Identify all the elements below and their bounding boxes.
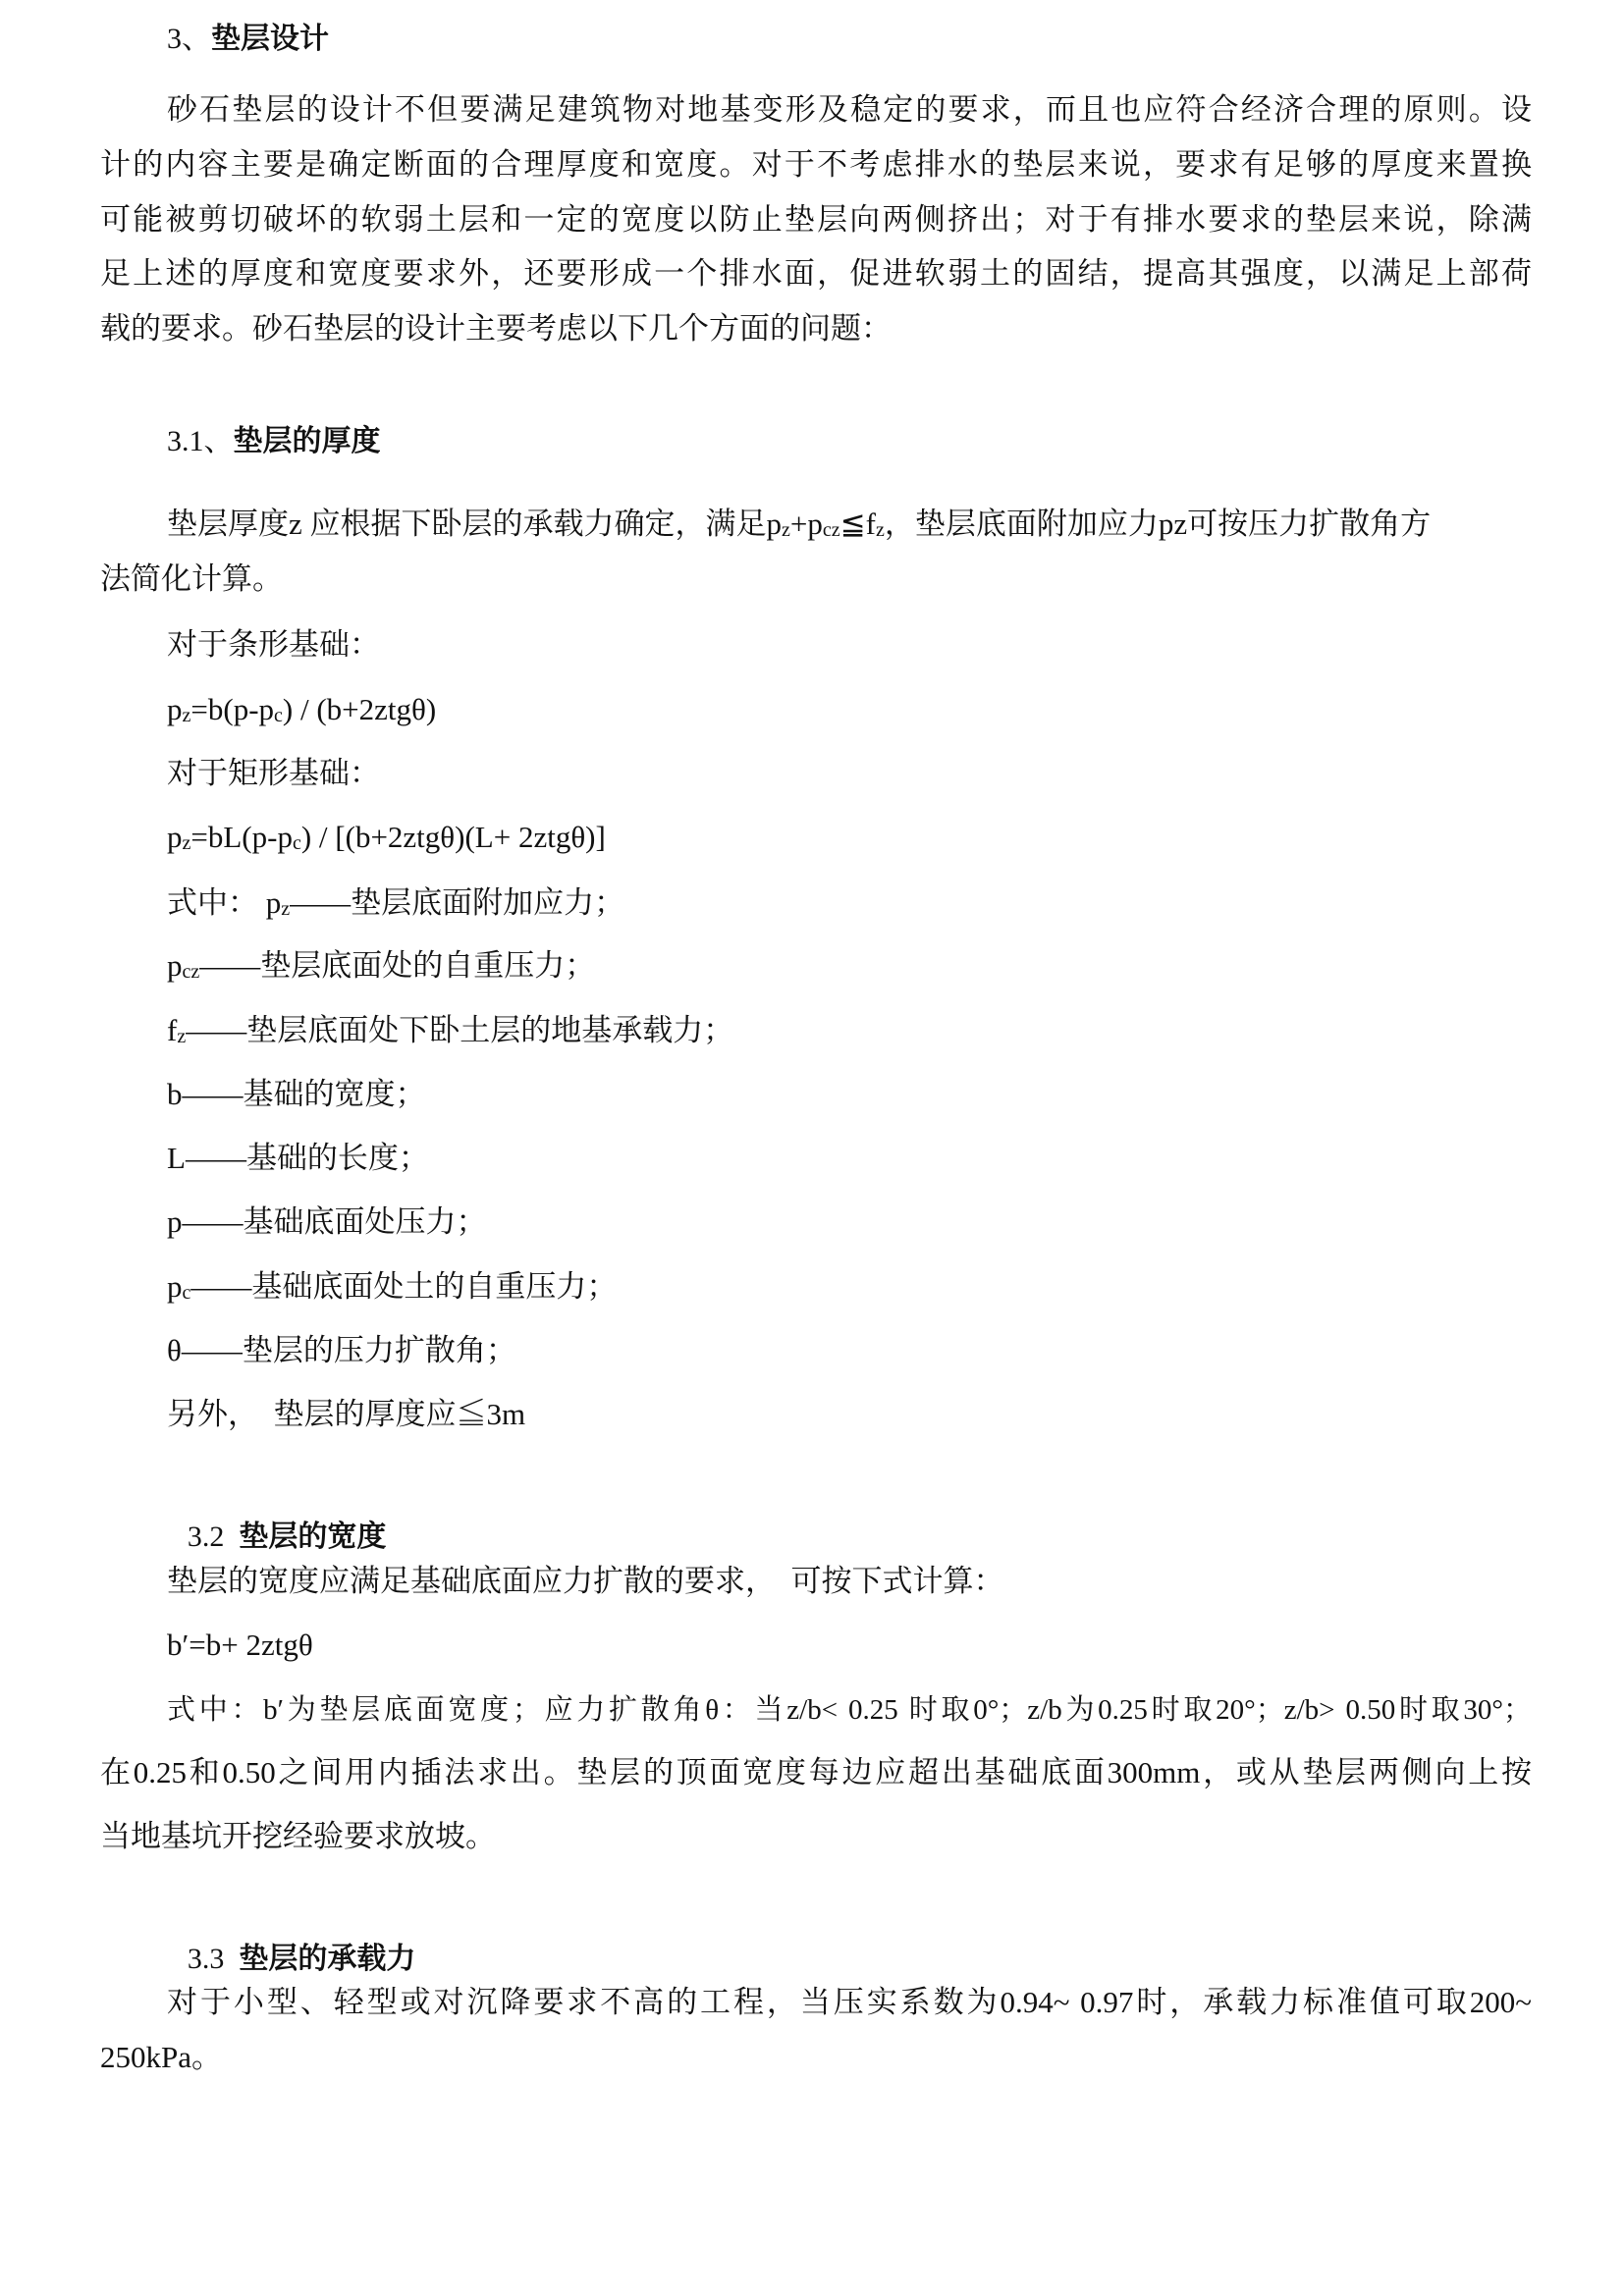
subscript: z [281,898,290,920]
text-run: ≦f [840,507,876,541]
subscript: cz [183,961,200,983]
paragraph-line: 砂石垫层的设计不但要满足建筑物对地基变形及稳定的要求，而且也应符合经济合理的原则… [167,90,1532,130]
definition-text: ——垫层底面处下卧土层的地基承载力； [186,1013,733,1047]
paragraph-line: 载的要求。砂石垫层的设计主要考虑以下几个方面的问题： [100,309,892,348]
definition-item: pc——基础底面处土的自重压力； [167,1267,617,1312]
text-run: p [167,692,183,726]
paragraph-line: 计的内容主要是确定断面的合理厚度和宽度。对于不考虑排水的垫层来说，要求有足够的厚… [100,145,1532,185]
thickness-note: 另外， 垫层的厚度应≦3m [167,1395,525,1434]
strip-foundation-label: 对于条形基础： [167,625,380,665]
symbol: f [167,1013,177,1047]
text-run: =bL(p-p [190,820,293,854]
definition-text: ——垫层底面处的自重压力； [199,948,595,983]
paragraph-line: 在0.25和0.50之间用内插法求出。垫层的顶面宽度每边应超出基础底面300mm… [100,1753,1532,1792]
subscript: z [782,519,790,541]
section-number: 3.2 [188,1521,240,1553]
formula-width: b′=b+ 2ztgθ [167,1626,313,1665]
symbol: L [167,1141,186,1175]
definition-text: ——基础的长度； [186,1141,429,1175]
text-run: =b(p-p [190,692,274,726]
definition-text: ——垫层的压力扩散角； [182,1333,516,1367]
text-run: +p [790,507,823,541]
definition-text: ——基础底面处土的自重压力； [190,1269,617,1304]
definition-item: b——基础的宽度； [167,1075,426,1114]
definition-item: pcz——垫层底面处的自重压力； [167,946,595,991]
definition-item: p——基础底面处压力； [167,1202,487,1242]
text-run: ，垫层底面附加应力pz可按压力扩散角方 [885,507,1431,541]
rect-foundation-label: 对于矩形基础： [167,754,380,793]
where-prefix: 式中： [167,885,258,920]
definition-item: L——基础的长度； [167,1139,429,1178]
paragraph-line: 当地基坑开挖经验要求放坡。 [100,1817,496,1856]
subscript: cz [823,519,840,541]
symbol: p [167,948,183,983]
paragraph-line: 对于小型、轻型或对沉降要求不高的工程，当压实系数为0.94~ 0.97时，承载力… [167,1983,1532,2022]
symbol: p [266,885,282,920]
definition-text: ——基础的宽度； [183,1077,426,1111]
definition-item: θ——垫层的压力扩散角； [167,1331,516,1370]
section-title: 垫层的承载力 [239,1942,415,1976]
paragraph-line: 可能被剪切破坏的软弱土层和一定的宽度以防止垫层向两侧挤出；对于有排水要求的垫层来… [100,200,1532,240]
definition-text: ——基础底面处压力； [183,1204,487,1239]
paragraph-line: 式中：b′为垫层底面宽度；应力扩散角θ：当z/b< 0.25 时取0°；z/b为… [167,1690,1532,1730]
definition-text: ——垫层底面附加应力； [290,885,624,920]
section-3-1-heading: 3.1、垫层的厚度 [167,422,381,461]
symbol: p [167,1269,183,1304]
section-title: 垫层设计 [211,22,329,56]
definition-item: 式中： pz——垫层底面附加应力； [167,883,624,929]
symbol: p [167,1204,183,1239]
section-number: 3.3 [188,1943,240,1975]
symbol: b [167,1077,183,1111]
text-run: ) / (b+2ztgθ) [283,692,436,726]
definition-item: fz——垫层底面处下卧土层的地基承载力； [167,1011,733,1056]
paragraph-line: 垫层的宽度应满足基础底面应力扩散的要求， 可按下式计算： [167,1562,1004,1601]
formula-strip: pz=b(p-pc) / (b+2ztgθ) [167,690,436,735]
text-run: ) / [(b+2ztgθ)(L+ 2ztgθ)] [301,820,606,854]
paragraph-line: 法简化计算。 [100,560,283,599]
section-3-3-heading: 3.3 垫层的承载力 [167,1900,415,1979]
section-number: 3、 [167,23,211,55]
section-title: 垫层的厚度 [234,424,381,458]
section-number: 3.1、 [167,425,234,457]
paragraph-line: 250kPa。 [100,2038,222,2077]
paragraph-line: 足上述的厚度和宽度要求外，还要形成一个排水面，促进软弱土的固结，提高其强度，以满… [100,254,1532,294]
formula-rect: pz=bL(p-pc) / [(b+2ztgθ)(L+ 2ztgθ)] [167,818,606,863]
section-title: 垫层的宽度 [239,1520,386,1554]
text-run: 垫层厚度z 应根据下卧层的承载力确定，满足p [167,507,782,541]
section-3-heading: 3、垫层设计 [167,20,329,59]
subscript: z [177,1026,186,1047]
subscript: c [293,832,301,854]
section-3-2-heading: 3.2 垫层的宽度 [167,1478,386,1557]
subscript: z [876,519,885,541]
text-run: p [167,820,183,854]
symbol: θ [167,1333,182,1367]
subscript: c [274,705,283,726]
paragraph-line: 垫层厚度z 应根据下卧层的承载力确定，满足pz+pcz≦fz，垫层底面附加应力p… [167,505,1532,550]
